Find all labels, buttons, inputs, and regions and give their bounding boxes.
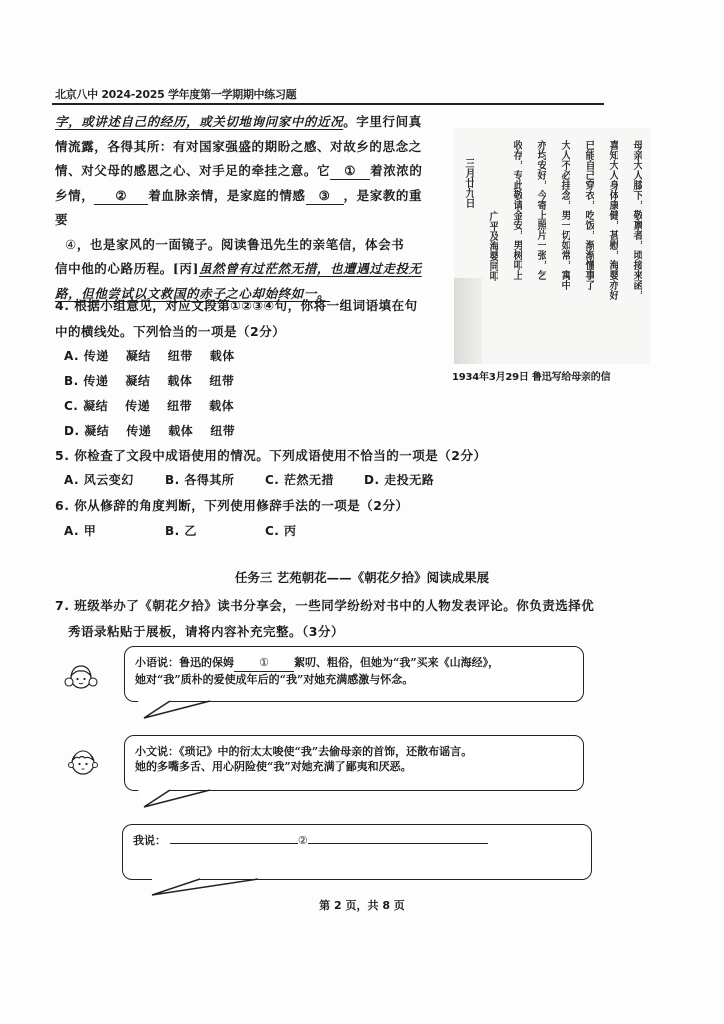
- passage-text-segment: 信中他的心路历程。[丙]: [55, 261, 199, 276]
- passage-text: 字，或讲述自己的经历，或关切地询问家中的近况。字里行间真 情流露，各得其所：有对…: [55, 110, 425, 306]
- q4-option-b[interactable]: B. 传递凝结载体纽带: [64, 372, 251, 389]
- q4-stem-line2: 中的横线处。下列恰当的一项是（2分）: [55, 322, 285, 340]
- option-word: 纽带: [209, 372, 251, 389]
- option-word: 载体: [209, 397, 251, 414]
- q7-stem-line1: 7. 班级举办了《朝花夕拾》读书分享会，一些同学纷纷对书中的人物发表评论。你负责…: [55, 596, 594, 614]
- handwriting-column: 三月廿九日: [464, 158, 474, 244]
- option-word: 凝结: [84, 422, 126, 439]
- q4-option-d[interactable]: D. 凝结传递载体纽带: [64, 422, 252, 439]
- bubble3-label: 我说：: [133, 834, 166, 847]
- q5-stem: 5. 你检查了文段中成语使用的情况。下列成语使用不恰当的一项是（2分）: [55, 446, 487, 464]
- option-word: 传递: [84, 347, 126, 364]
- speech-bubble-2: 小文说：《琐记》中的衍太太唆使“我”去偷母亲的首饰，还散布谣言。 她的多嘴多舌、…: [124, 735, 584, 791]
- handwriting-column: 广平及海婴同叩: [488, 211, 498, 339]
- passage-text-segment: 。字里行间真: [343, 114, 422, 129]
- blank-3: ③: [306, 188, 344, 205]
- option-word: 纽带: [167, 397, 209, 414]
- q5-option-c[interactable]: C. 茫然无措: [265, 471, 334, 488]
- speech-bubble-3: 我说： ②: [122, 824, 592, 880]
- bubble-tail: [130, 789, 230, 809]
- option-label: B.: [64, 374, 79, 388]
- option-word: 传递: [125, 397, 167, 414]
- girl-avatar-icon: [64, 660, 98, 694]
- boy-avatar-icon: [66, 745, 100, 779]
- bubble2-text: 她的多嘴多舌、用心阴险使“我”对她充满了鄙夷和厌恶。: [135, 760, 412, 773]
- passage-text-segment: 着浓浓的: [370, 163, 422, 178]
- option-word: 载体: [210, 347, 252, 364]
- figure-caption: 1934年3月29日 鲁迅写给母亲的信: [452, 368, 662, 383]
- handwriting-column: 母亲大人膝下，敬禀者，顷接来函，: [632, 140, 642, 354]
- handwriting-column: 喜知大人身体康健，甚慰，海婴亦好: [608, 140, 618, 354]
- passage-text-segment: 情、对父母的感恩之心、对手足的牵挂之意。它: [55, 163, 330, 178]
- q5-option-a[interactable]: A. 风云变幻: [64, 471, 134, 488]
- bubble1-text: 絮叨、粗俗，但她为“我”买来《山海经》，: [294, 656, 499, 669]
- option-word: 载体: [168, 422, 210, 439]
- blank-4: ④: [65, 237, 77, 252]
- option-label: D.: [64, 424, 80, 438]
- q5-option-b[interactable]: B. 各得其所: [165, 471, 234, 488]
- passage-text-segment: 着血脉亲情，是家庭的情感: [148, 188, 305, 203]
- option-word: 传递: [83, 372, 125, 389]
- option-word: 凝结: [83, 397, 125, 414]
- page-header: 北京八中 2024-2025 学年度第一学期期中练习题: [55, 86, 296, 102]
- passage-text-segment: 情流露，各得其所：有对国家强盛的期盼之感、对故乡的思念之: [55, 139, 422, 154]
- handwriting-columns: 母亲大人膝下，敬禀者，顷接来函， 喜知大人身体康健，甚慰，海婴亦好 已能自己穿衣…: [464, 140, 642, 354]
- bubble-tail: [130, 700, 230, 720]
- option-word: 纽带: [210, 422, 252, 439]
- answer-line-right[interactable]: [308, 843, 488, 844]
- passage-text-segment: ，也是家风的一面镜子。阅读鲁迅先生的亲笔信，体会书: [77, 237, 405, 252]
- q4-stem-line1: 4. 根据小组意见，对应文段第①②③④句，你将一组词语填在句: [55, 296, 418, 314]
- handwriting-column: 收存，专此敬请金安，男树叩上: [512, 140, 522, 354]
- blank-2: ②: [94, 188, 148, 205]
- q5-option-d[interactable]: D. 走投无路: [364, 471, 434, 488]
- option-label: A.: [64, 349, 79, 363]
- letter-image: 母亲大人膝下，敬禀者，顷接来函， 喜知大人身体康健，甚慰，海婴亦好 已能自己穿衣…: [454, 128, 650, 364]
- option-label: C.: [64, 399, 78, 413]
- bubble-tail: [148, 878, 268, 898]
- option-word: 凝结: [126, 347, 168, 364]
- section-title: 任务三 艺苑朝花——《朝花夕拾》阅读成果展: [0, 568, 724, 586]
- page-number: 第 2 页，共 8 页: [0, 897, 724, 913]
- blank-q7-1: ①: [234, 655, 294, 672]
- passage-text-segment: 乡情，: [55, 188, 94, 203]
- handwriting-column: 已能自己穿衣，吃饭，渐渐懂事了: [584, 140, 594, 354]
- passage-underlined-1: 字，或讲述自己的经历，或关切地询问家中的近况: [55, 114, 343, 129]
- header-rule: [52, 103, 604, 105]
- option-word: 纽带: [168, 347, 210, 364]
- q7-stem-line2: 秀语录粘贴于展板，请将内容补充完整。（3分）: [68, 622, 344, 640]
- exam-page: 北京八中 2024-2025 学年度第一学期期中练习题 字，或讲述自己的经历，或…: [0, 0, 724, 1024]
- q6-option-c[interactable]: C. 丙: [265, 522, 297, 539]
- q6-stem: 6. 你从修辞的角度判断，下列使用修辞手法的一项是（2分）: [55, 496, 409, 514]
- option-word: 凝结: [125, 372, 167, 389]
- q4-option-a[interactable]: A. 传递凝结纽带载体: [64, 347, 252, 364]
- blank-1: ①: [330, 163, 370, 180]
- option-word: 载体: [167, 372, 209, 389]
- q4-option-c[interactable]: C. 凝结传递纽带载体: [64, 397, 251, 414]
- q6-option-a[interactable]: A. 甲: [64, 522, 96, 539]
- answer-line-left[interactable]: [170, 843, 298, 844]
- blank-q7-2: ②: [298, 834, 308, 847]
- bubble2-text: 小文说：《琐记》中的衍太太唆使“我”去偷母亲的首饰，还散布谣言。: [135, 745, 472, 758]
- option-word: 传递: [126, 422, 168, 439]
- handwriting-column: 大人不必挂念，男一切如常，寓中: [560, 140, 570, 354]
- bubble1-text: 小语说：鲁迅的保姆: [135, 656, 234, 669]
- bubble1-text: 她对“我”质朴的爱使成年后的“我”对她充满感激与怀念。: [135, 673, 413, 686]
- q6-option-b[interactable]: B. 乙: [165, 522, 197, 539]
- handwriting-column: 亦均安好，今寄上照片一张，乞: [536, 140, 546, 354]
- speech-bubble-1: 小语说：鲁迅的保姆①絮叨、粗俗，但她为“我”买来《山海经》， 她对“我”质朴的爱…: [124, 646, 584, 702]
